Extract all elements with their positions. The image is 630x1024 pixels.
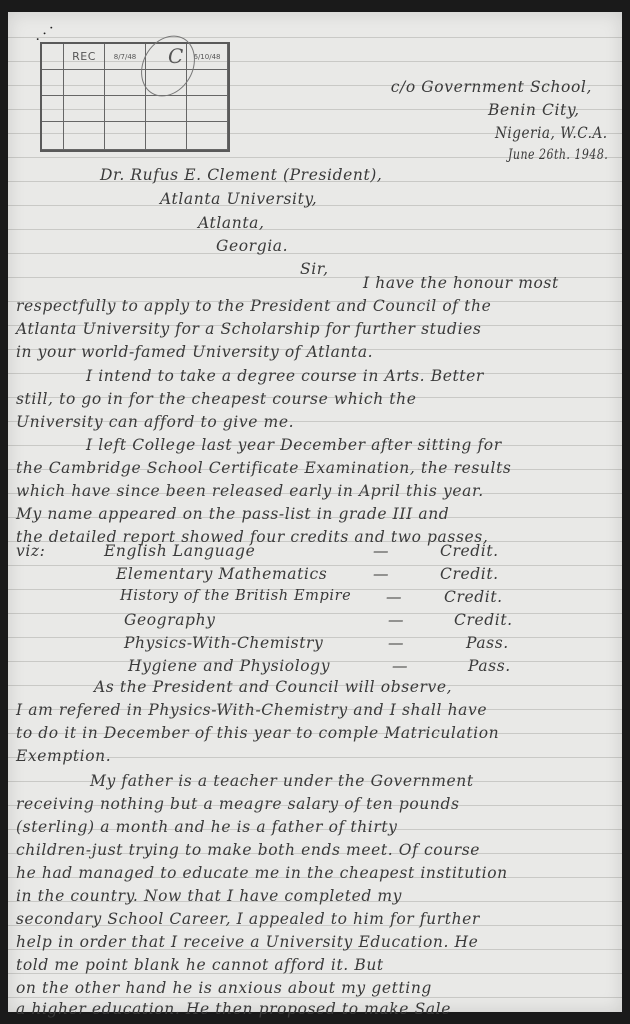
received-stamp-grid: REC 8/7/48 6/10/48 C — [40, 42, 230, 152]
body-line: help in order that I receive a Universit… — [16, 933, 478, 951]
body-line: I have the honour most — [363, 274, 559, 292]
letter-date: June 26th. 1948. — [508, 147, 608, 163]
stamp-cell — [105, 122, 146, 150]
body-line: secondary School Career, I appealed to h… — [16, 910, 480, 928]
results-intro: viz: — [16, 542, 46, 560]
recipient-address-line: Dr. Rufus E. Clement (President), — [100, 166, 382, 184]
stamp-cell-rec: REC — [64, 44, 105, 70]
stamp-cell — [64, 96, 105, 122]
body-line: the Cambridge School Certificate Examina… — [16, 459, 511, 477]
salutation: Sir, — [300, 260, 329, 278]
body-line: to do it in December of this year to com… — [16, 724, 499, 742]
letter-page: · · · REC 8/7/48 6/10/48 C c/o Governmen… — [8, 12, 622, 1012]
stamp-initial: C — [168, 44, 183, 68]
body-line: I left College last year December after … — [86, 436, 502, 454]
sender-address-line: Benin City, — [488, 101, 580, 119]
result-grade: Pass. — [466, 634, 509, 652]
body-line: told me point blank he cannot afford it.… — [16, 956, 384, 974]
stamp-cell — [146, 122, 187, 150]
stamp-cell — [42, 44, 64, 70]
body-line: (sterling) a month and he is a father of… — [16, 818, 398, 836]
result-grade: Credit. — [444, 588, 503, 606]
stamp-cell — [42, 96, 64, 122]
body-line: respectfully to apply to the President a… — [16, 297, 491, 315]
result-subject: Hygiene and Physiology — [128, 657, 330, 675]
result-dash: — — [388, 634, 404, 652]
result-grade: Credit. — [454, 611, 513, 629]
stamp-cell — [64, 70, 105, 96]
stamp-cell — [42, 70, 64, 96]
body-line: in your world-famed University of Atlant… — [16, 343, 373, 361]
result-grade: Pass. — [468, 657, 511, 675]
result-subject: History of the British Empire — [120, 588, 351, 604]
body-line: receiving nothing but a meagre salary of… — [16, 795, 460, 813]
result-subject: Physics-With-Chemistry — [124, 634, 323, 652]
result-dash: — — [388, 611, 404, 629]
recipient-address-line: Atlanta University, — [160, 190, 317, 208]
body-line: University can afford to give me. — [16, 413, 294, 431]
body-line: he had managed to educate me in the chea… — [16, 864, 508, 882]
stamp-cell — [146, 96, 187, 122]
result-grade: Credit. — [440, 542, 499, 560]
result-dash: — — [392, 657, 408, 675]
body-line: As the President and Council will observ… — [94, 678, 452, 696]
result-subject: English Language — [104, 542, 255, 560]
result-grade: Credit. — [440, 565, 499, 583]
result-dash: — — [386, 588, 402, 606]
body-line: a higher education. He then proposed to … — [16, 1000, 451, 1018]
result-dash: — — [373, 565, 389, 583]
stamp-cell — [187, 96, 228, 122]
sender-address-line: Nigeria, W.C.A. — [495, 124, 608, 142]
stamp-cell — [187, 122, 228, 150]
recipient-address-line: Atlanta, — [198, 214, 265, 232]
body-line: on the other hand he is anxious about my… — [16, 979, 432, 997]
body-line: which have since been released early in … — [16, 482, 484, 500]
body-line: I intend to take a degree course in Arts… — [86, 367, 484, 385]
result-subject: Elementary Mathematics — [116, 565, 327, 583]
body-line: Atlanta University for a Scholarship for… — [16, 320, 481, 338]
stamp-cell — [64, 122, 105, 150]
recipient-address-line: Georgia. — [216, 237, 288, 255]
stamp-cell-date-received: 8/7/48 — [105, 44, 146, 70]
stamp-cell — [187, 70, 228, 96]
sender-address-line: c/o Government School, — [391, 78, 592, 96]
body-line: children-just trying to make both ends m… — [16, 841, 480, 859]
body-line: My father is a teacher under the Governm… — [90, 772, 474, 790]
body-line: Exemption. — [16, 747, 111, 765]
result-subject: Geography — [124, 611, 216, 629]
body-line: I am refered in Physics-With-Chemistry a… — [16, 701, 487, 719]
result-dash: — — [373, 542, 389, 560]
body-line: still, to go in for the cheapest course … — [16, 390, 416, 408]
stamp-cell — [105, 96, 146, 122]
body-line: My name appeared on the pass-list in gra… — [16, 505, 449, 523]
stamp-cell — [42, 122, 64, 150]
body-line: in the country. Now that I have complete… — [16, 887, 402, 905]
